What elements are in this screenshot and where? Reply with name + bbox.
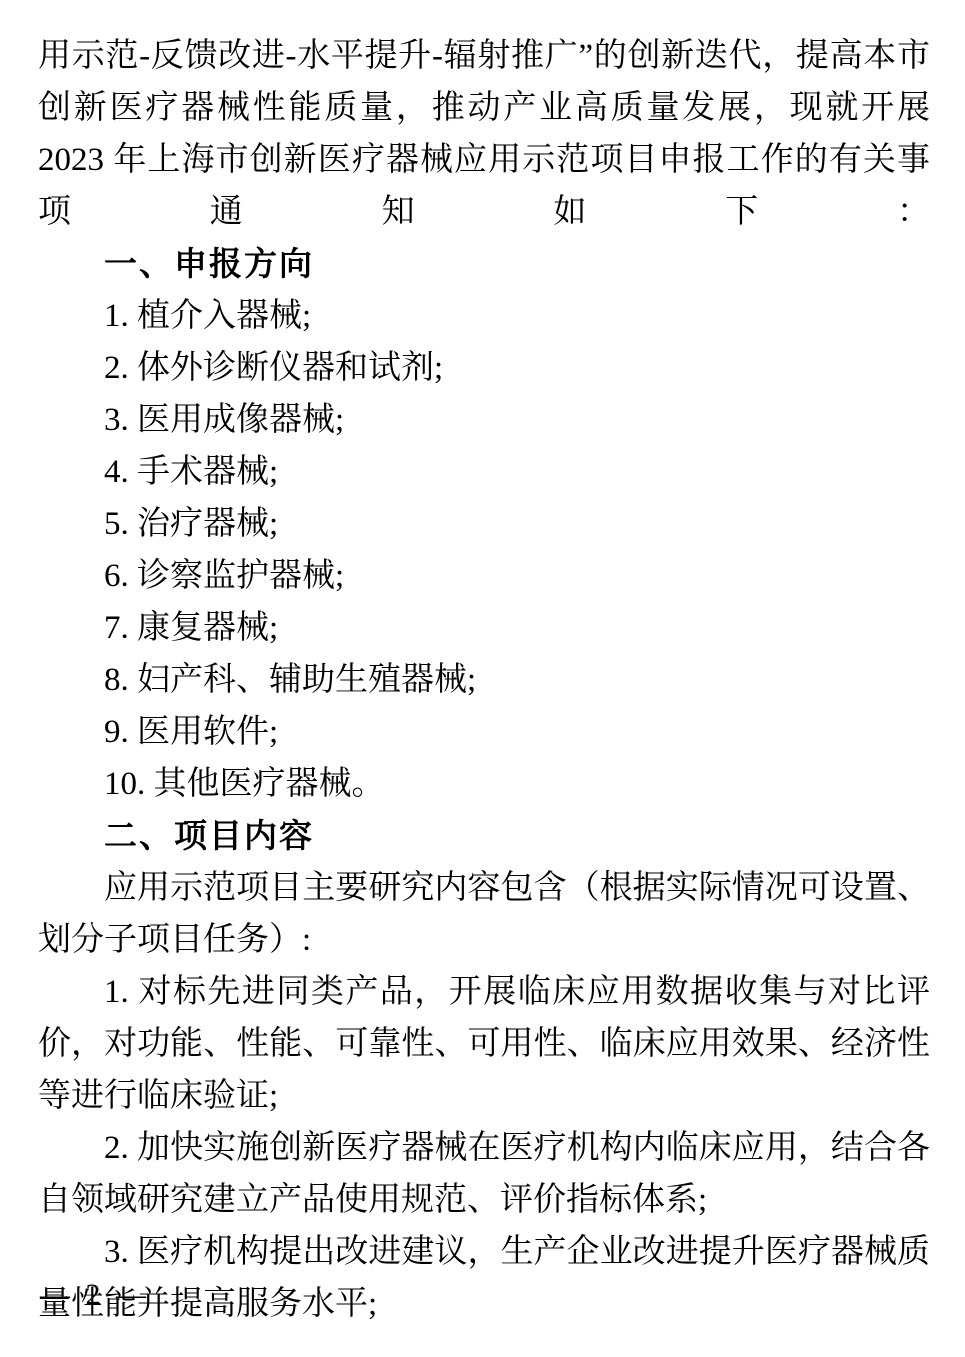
section1-item-6: 6. 诊察监护器械; <box>38 550 930 602</box>
page-content: 用示范-反馈改进-水平提升-辐射推广”的创新迭代，提高本市创新医疗器械性能质量，… <box>38 30 930 1330</box>
section2-item-2: 2. 加快实施创新医疗器械在医疗机构内临床应用，结合各自领域研究建立产品使用规范… <box>38 1122 930 1226</box>
section1-item-10: 10. 其他医疗器械。 <box>38 758 930 810</box>
section1-heading: 一、申报方向 <box>38 238 930 290</box>
section1-item-1: 1. 植介入器械; <box>38 290 930 342</box>
section2-heading: 二、项目内容 <box>38 810 930 862</box>
section2-item-3: 3. 医疗机构提出改进建议，生产企业改进提升医疗器械质量性能并提高服务水平; <box>38 1226 930 1330</box>
document-page: 用示范-反馈改进-水平提升-辐射推广”的创新迭代，提高本市创新医疗器械性能质量，… <box>0 0 965 1357</box>
section1-item-7: 7. 康复器械; <box>38 602 930 654</box>
page-number: — 2 — <box>40 1278 150 1312</box>
section1-item-5: 5. 治疗器械; <box>38 498 930 550</box>
section1-item-3: 3. 医用成像器械; <box>38 394 930 446</box>
section2-item-1: 1. 对标先进同类产品，开展临床应用数据收集与对比评价，对功能、性能、可靠性、可… <box>38 966 930 1122</box>
section1-item-9: 9. 医用软件; <box>38 706 930 758</box>
section2-lead: 应用示范项目主要研究内容包含（根据实际情况可设置、划分子项目任务）: <box>38 862 930 966</box>
section1-item-8: 8. 妇产科、辅助生殖器械; <box>38 654 930 706</box>
intro-paragraph: 用示范-反馈改进-水平提升-辐射推广”的创新迭代，提高本市创新医疗器械性能质量，… <box>38 30 930 238</box>
section1-item-4: 4. 手术器械; <box>38 446 930 498</box>
section1-item-2: 2. 体外诊断仪器和试剂; <box>38 342 930 394</box>
